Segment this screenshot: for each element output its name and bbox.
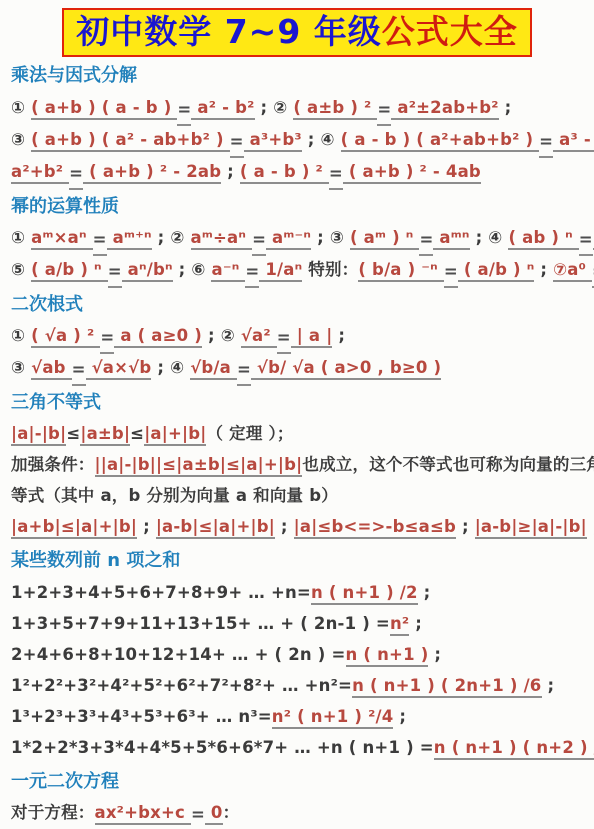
- formula-fragment: a²+b²: [11, 162, 69, 184]
- formula-fragment: =: [108, 259, 122, 288]
- formula-fragment: |a|+|b|: [144, 424, 206, 446]
- formula-line: |a|-|b|≤|a±b|≤|a|+|b|（ 定理 ）；: [11, 418, 583, 449]
- text-fragment: ;: [409, 614, 422, 633]
- formula-line: |a+b|≤|a|+|b| ; |a-b|≤|a|+|b| ; |a|≤b<=>…: [11, 511, 583, 542]
- formula-fragment: ( √a ) ²: [31, 326, 100, 348]
- formula-fragment: n ( n+1 ) ( n+2 ) /3: [434, 738, 594, 760]
- text-fragment: 对于方程：: [11, 803, 95, 822]
- formula-fragment: ⑦a⁰: [553, 260, 592, 282]
- section-heading: 三角不等式: [11, 391, 583, 415]
- formula-fragment: ( a/b ) ⁿ: [458, 260, 535, 282]
- formula-fragment: n² ( n+1 ) ²/4: [272, 707, 394, 729]
- formula-fragment: n ( n+1 ) /2: [311, 583, 418, 605]
- formula-fragment: ( a/b ) ⁿ: [31, 260, 108, 282]
- text-fragment: ; ②: [255, 98, 294, 117]
- section-heading: 一元二次方程: [11, 770, 583, 794]
- formula-line: ③ √ab = √a×√b ; ④ √b/a = √b/ √a ( a>0 , …: [11, 352, 583, 384]
- formula-fragment: =: [444, 259, 458, 288]
- text-fragment: ;: [418, 583, 431, 602]
- text-fragment: ：: [223, 803, 240, 822]
- formula-line: 1²+2²+3²+4²+5²+6²+7²+8²+ … +n²=n ( n+1 )…: [11, 670, 583, 701]
- text-fragment: ;: [534, 260, 553, 279]
- text-fragment: ;: [393, 707, 406, 726]
- formula-fragment: |a-b|≤|a|+|b|: [156, 517, 275, 539]
- formula-fragment: √b/ √a ( a>0 , b≥0 ): [251, 358, 441, 380]
- formula-fragment: =: [579, 227, 593, 256]
- formula-fragment: √b/a: [190, 358, 237, 380]
- text-fragment: 1³+2³+3³+4³+5³+6³+ … n³=: [11, 707, 272, 726]
- formula-fragment: |a±b|: [80, 424, 130, 446]
- text-fragment: ;: [499, 98, 512, 117]
- formula-fragment: a² - b²: [191, 98, 254, 120]
- formula-document: 乘法与因式分解① ( a+b ) ( a - b ) = a² - b² ; ②…: [0, 64, 594, 829]
- formula-fragment: | a |: [291, 326, 333, 348]
- text-fragment: 等式（其中 a，b 分别为向量 a 和向量 b）: [11, 486, 338, 505]
- text-fragment: ;: [587, 517, 594, 536]
- formula-fragment: =: [377, 97, 391, 126]
- formula-fragment: ( a+b ) ( a - b ): [31, 98, 177, 120]
- formula-fragment: =: [539, 129, 553, 158]
- formula-fragment: =: [329, 161, 343, 190]
- text-fragment: 也成立，这个不等式也可称为向量的三角不: [302, 455, 594, 474]
- formula-fragment: ( a - b ) ( a²+ab+b² ): [341, 130, 540, 152]
- title-text-red: 公式大全: [382, 12, 518, 51]
- formula-line: 等式（其中 a，b 分别为向量 a 和向量 b）: [11, 480, 583, 511]
- formula-fragment: =: [419, 227, 433, 256]
- text-fragment: 1+3+5+7+9+11+13+15+ … + ( 2n-1 ) =: [11, 614, 390, 633]
- text-fragment: ; ②: [202, 326, 241, 345]
- text-fragment: ⑤: [11, 260, 31, 279]
- formula-fragment: a⁻ⁿ: [211, 260, 245, 282]
- formula-fragment: ( aᵐ ) ⁿ: [350, 228, 419, 250]
- formula-fragment: =: [69, 161, 83, 190]
- formula-fragment: =: [230, 129, 244, 158]
- formula-fragment: n ( n+1 ) ( 2n+1 ) /6: [352, 676, 541, 698]
- formula-fragment: |a-b|≥|a|-|b|: [475, 517, 587, 539]
- formula-fragment: ( b/a ) ⁻ⁿ: [358, 260, 443, 282]
- formula-fragment: ( a±b ) ²: [293, 98, 377, 120]
- text-fragment: ; ③: [311, 228, 350, 247]
- text-fragment: 加强条件：: [11, 455, 95, 474]
- text-fragment: ③: [11, 130, 31, 149]
- formula-line: 1+2+3+4+5+6+7+8+9+ … +n=n ( n+1 ) /2 ;: [11, 577, 583, 608]
- formula-line: 对于方程：ax²+bx+c = 0：: [11, 797, 583, 829]
- formula-line: 加强条件：||a|-|b||≤|a±b|≤|a|+|b|也成立，这个不等式也可称…: [11, 449, 583, 480]
- formula-fragment: ( a - b ) ²: [240, 162, 329, 184]
- formula-fragment: a³ - b³: [553, 130, 594, 152]
- section-heading: 幂的运算性质: [11, 195, 583, 219]
- formula-fragment: =: [93, 227, 107, 256]
- text-fragment: 2+4+6+8+10+12+14+ … + ( 2n ) =: [11, 645, 346, 664]
- formula-line: ③ ( a+b ) ( a² - ab+b² ) = a³+b³ ; ④ ( a…: [11, 124, 583, 156]
- formula-fragment: √a×√b: [86, 358, 152, 380]
- formula-fragment: ||a|-|b||≤|a±b|≤|a|+|b|: [95, 455, 303, 477]
- formula-line: ① ( √a ) ² = a ( a≥0 ) ; ② √a² = | a | ;: [11, 320, 583, 352]
- formula-fragment: aⁿ/bⁿ: [122, 260, 173, 282]
- text-fragment: 1+2+3+4+5+6+7+8+9+ … +n=: [11, 583, 311, 602]
- text-fragment: ; ④: [302, 130, 341, 149]
- formula-fragment: a³+b³: [244, 130, 302, 152]
- formula-line: 2+4+6+8+10+12+14+ … + ( 2n ) =n ( n+1 ) …: [11, 639, 583, 670]
- formula-fragment: aᵐ⁻ⁿ: [266, 228, 311, 250]
- formula-fragment: aᵐ×aⁿ: [31, 228, 93, 250]
- text-fragment: ;: [456, 517, 475, 536]
- text-fragment: ③: [11, 358, 31, 377]
- text-fragment: ;: [275, 517, 294, 536]
- formula-fragment: aᵐ÷aⁿ: [191, 228, 253, 250]
- formula-line: 1*2+2*3+3*4+4*5+5*6+6*7+ … +n ( n+1 ) =n…: [11, 732, 583, 763]
- formula-line: ① ( a+b ) ( a - b ) = a² - b² ; ② ( a±b …: [11, 92, 583, 124]
- text-fragment: ;: [137, 517, 156, 536]
- formula-fragment: a ( a≥0 ): [114, 326, 202, 348]
- formula-fragment: aᵐⁿ: [433, 228, 469, 250]
- text-fragment: （ 定理 ）；: [206, 424, 293, 443]
- formula-fragment: =: [177, 97, 191, 126]
- formula-fragment: a²±2ab+b²: [391, 98, 498, 120]
- formula-line: ① aᵐ×aⁿ = aᵐ⁺ⁿ ; ② aᵐ÷aⁿ = aᵐ⁻ⁿ ; ③ ( aᵐ…: [11, 222, 583, 254]
- text-fragment: ;: [542, 676, 555, 695]
- text-fragment: ①: [11, 98, 31, 117]
- text-fragment: ≤: [66, 424, 80, 443]
- formula-fragment: ( ab ) ⁿ: [508, 228, 578, 250]
- formula-fragment: |a|≤b<=>-b≤a≤b: [294, 517, 456, 539]
- section-heading: 某些数列前 n 项之和: [11, 549, 583, 573]
- text-fragment: ; ④: [151, 358, 190, 377]
- formula-line: ⑤ ( a/b ) ⁿ = aⁿ/bⁿ ; ⑥ a⁻ⁿ = 1/aⁿ 特别：( …: [11, 254, 583, 286]
- formula-line: 1³+2³+3³+4³+5³+6³+ … n³=n² ( n+1 ) ²/4 ;: [11, 701, 583, 732]
- formula-fragment: n ( n+1 ): [346, 645, 429, 667]
- title-banner: 初中数学 7~9 年级公式大全: [62, 8, 532, 57]
- text-fragment: 1*2+2*3+3*4+4*5+5*6+6*7+ … +n ( n+1 ) =: [11, 738, 434, 757]
- text-fragment: 1²+2²+3²+4²+5²+6²+7²+8²+ … +n²=: [11, 676, 352, 695]
- text-fragment: ;: [221, 162, 240, 181]
- formula-fragment: =: [237, 357, 251, 386]
- text-fragment: 特别：: [302, 260, 358, 279]
- text-fragment: ; ④: [470, 228, 509, 247]
- text-fragment: ≤: [130, 424, 144, 443]
- text-fragment: ①: [11, 326, 31, 345]
- text-fragment: ①: [11, 228, 31, 247]
- formula-fragment: ( a+b ) ² - 4ab: [343, 162, 481, 184]
- formula-fragment: =: [277, 325, 291, 354]
- section-heading: 乘法与因式分解: [11, 64, 583, 88]
- formula-fragment: ax²+bx+c: [95, 803, 191, 825]
- formula-fragment: =: [100, 325, 114, 354]
- formula-fragment: ( a+b ) ( a² - ab+b² ): [31, 130, 230, 152]
- section-heading: 二次根式: [11, 293, 583, 317]
- formula-fragment: =: [245, 259, 259, 288]
- text-fragment: ;: [428, 645, 441, 664]
- text-fragment: ;: [332, 326, 345, 345]
- formula-fragment: =: [191, 802, 205, 829]
- formula-fragment: √ab: [31, 358, 72, 380]
- formula-fragment: 0: [205, 803, 223, 825]
- formula-fragment: |a|-|b|: [11, 424, 66, 446]
- text-fragment: ; ⑥: [173, 260, 212, 279]
- formula-fragment: aᵐ⁺ⁿ: [107, 228, 152, 250]
- formula-fragment: =: [252, 227, 266, 256]
- text-fragment: ; ②: [152, 228, 191, 247]
- title-text-blue: 初中数学 7~9 年级: [76, 12, 382, 51]
- formula-fragment: |a+b|≤|a|+|b|: [11, 517, 137, 539]
- formula-fragment: ( a+b ) ² - 2ab: [83, 162, 221, 184]
- formula-line: 1+3+5+7+9+11+13+15+ … + ( 2n-1 ) =n² ;: [11, 608, 583, 639]
- formula-fragment: n²: [390, 614, 409, 636]
- formula-fragment: √a²: [241, 326, 277, 348]
- formula-fragment: 1/aⁿ: [259, 260, 302, 282]
- formula-line: a²+b² = ( a+b ) ² - 2ab ; ( a - b ) ² = …: [11, 156, 583, 188]
- formula-fragment: =: [72, 357, 86, 386]
